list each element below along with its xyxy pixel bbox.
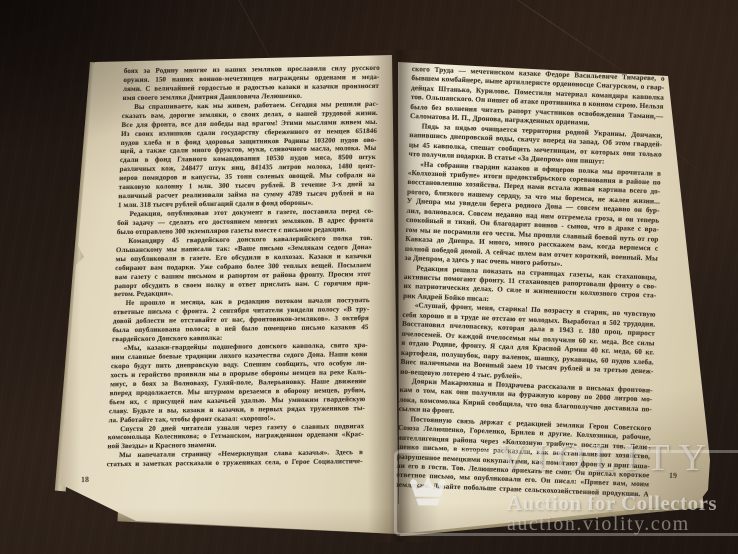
page-number-18: 18 (81, 475, 89, 484)
page-19-text: ского Труда — мечетинском казаке Федоре … (396, 65, 665, 500)
page-18-text: боях за Родину многие из наших земляков … (106, 64, 380, 470)
page-number-19: 19 (669, 471, 677, 480)
book-photo: боях за Родину многие из наших земляков … (0, 0, 738, 554)
